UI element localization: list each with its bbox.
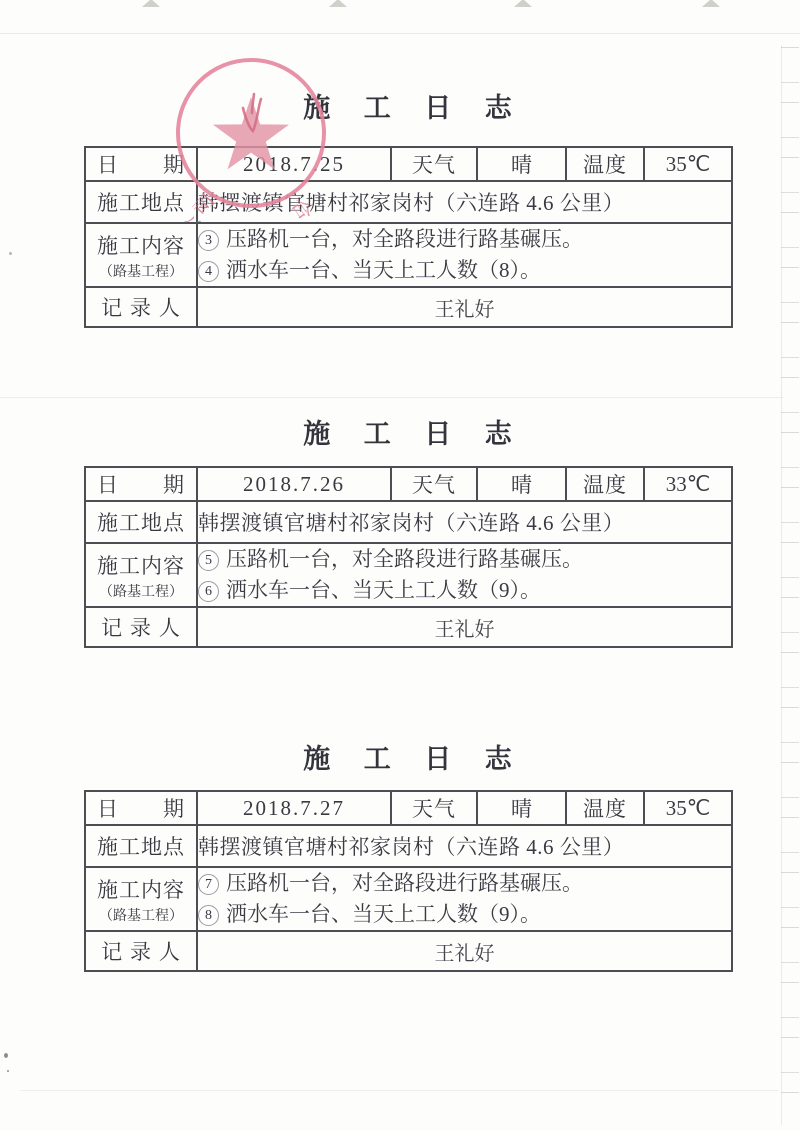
circled-number: 4 [198, 261, 219, 282]
content-label-main: 施工内容 [86, 230, 196, 260]
content-label: 施工内容 （路基工程） [85, 867, 197, 931]
content-item: 5压路机一台，对全路段进行路基碾压。 [198, 544, 731, 575]
location-label: 施工地点 [85, 825, 197, 867]
scan-artifact-triangle [702, 0, 720, 7]
weather-value: 晴 [477, 467, 566, 501]
circled-number: 5 [198, 550, 219, 571]
weather-value: 晴 [477, 791, 566, 825]
date-label: 日 期 [85, 467, 197, 501]
content-value: 3压路机一台，对全路段进行路基碾压。 4洒水车一台、当天上工人数（8）。 [197, 223, 732, 287]
content-item: 7压路机一台，对全路段进行路基碾压。 [198, 868, 731, 899]
content-label: 施工内容 （路基工程） [85, 543, 197, 607]
scan-line [0, 33, 800, 34]
weather-value: 晴 [477, 147, 566, 181]
content-label-main: 施工内容 [86, 874, 196, 904]
content-label-sub: （路基工程） [86, 261, 196, 281]
circled-number: 8 [198, 905, 219, 926]
content-item-text: 洒水车一台、当天上工人数（9）。 [226, 578, 541, 602]
weather-label: 天气 [391, 147, 477, 181]
location-value: 韩摆渡镇官塘村祁家岗村（六连路 4.6 公里） [197, 501, 732, 543]
content-item-text: 压路机一台，对全路段进行路基碾压。 [226, 547, 583, 571]
recorder-label: 记 录 人 [85, 607, 197, 647]
temperature-value: 35℃ [644, 147, 732, 181]
temperature-label: 温度 [566, 467, 644, 501]
date-value: 2018.7.26 [197, 467, 391, 501]
temperature-value: 35℃ [644, 791, 732, 825]
content-label-sub: （路基工程） [86, 905, 196, 925]
content-item: 3压路机一台，对全路段进行路基碾压。 [198, 224, 731, 255]
recorder-value: 王礼好 [197, 287, 732, 327]
weather-label: 天气 [391, 791, 477, 825]
content-value: 7压路机一台，对全路段进行路基碾压。 8洒水车一台、当天上工人数（9）。 [197, 867, 732, 931]
temperature-value: 33℃ [644, 467, 732, 501]
recorder-label: 记 录 人 [85, 931, 197, 971]
star-icon [213, 97, 289, 169]
scan-edge-artifacts [781, 45, 799, 1125]
scan-line [20, 1090, 778, 1091]
scanned-page: 合肥博发建筑工程有限公司 施 工 日 志 日 期 2018.7.25 天气 晴 … [0, 0, 800, 1131]
content-item-text: 洒水车一台、当天上工人数（8）。 [226, 258, 541, 282]
content-value: 5压路机一台，对全路段进行路基碾压。 6洒水车一台、当天上工人数（9）。 [197, 543, 732, 607]
date-value: 2018.7.27 [197, 791, 391, 825]
content-item-text: 压路机一台，对全路段进行路基碾压。 [226, 227, 583, 251]
scan-artifact-triangle [329, 0, 347, 7]
page-title: 施 工 日 志 [84, 737, 731, 776]
temperature-label: 温度 [566, 791, 644, 825]
page-title: 施 工 日 志 [84, 412, 731, 451]
content-label: 施工内容 （路基工程） [85, 223, 197, 287]
recorder-value: 王礼好 [197, 931, 732, 971]
circled-number: 3 [198, 230, 219, 251]
circled-number: 6 [198, 581, 219, 602]
content-label-main: 施工内容 [86, 550, 196, 580]
scan-line [0, 397, 783, 398]
content-item: 6洒水车一台、当天上工人数（9）。 [198, 575, 731, 606]
diary-table-3: 日 期 2018.7.27 天气 晴 温度 35℃ 施工地点 韩摆渡镇官塘村祁家… [84, 790, 733, 972]
scan-speck [4, 1053, 8, 1058]
scan-artifact-triangle [142, 0, 160, 7]
content-item: 8洒水车一台、当天上工人数（9）。 [198, 899, 731, 930]
location-value: 韩摆渡镇官塘村祁家岗村（六连路 4.6 公里） [197, 825, 732, 867]
company-seal-stamp: 合肥博发建筑工程有限公司 [163, 50, 339, 222]
content-label-sub: （路基工程） [86, 581, 196, 601]
diary-table-2: 日 期 2018.7.26 天气 晴 温度 33℃ 施工地点 韩摆渡镇官塘村祁家… [84, 466, 733, 648]
circled-number: 7 [198, 874, 219, 895]
content-item-text: 压路机一台，对全路段进行路基碾压。 [226, 871, 583, 895]
scan-speck [7, 1070, 9, 1072]
scan-artifact-triangle [514, 0, 532, 7]
weather-label: 天气 [391, 467, 477, 501]
location-label: 施工地点 [85, 501, 197, 543]
scan-speck [9, 252, 12, 255]
recorder-value: 王礼好 [197, 607, 732, 647]
date-label: 日 期 [85, 791, 197, 825]
recorder-label: 记 录 人 [85, 287, 197, 327]
content-item: 4洒水车一台、当天上工人数（8）。 [198, 255, 731, 286]
temperature-label: 温度 [566, 147, 644, 181]
content-item-text: 洒水车一台、当天上工人数（9）。 [226, 902, 541, 926]
